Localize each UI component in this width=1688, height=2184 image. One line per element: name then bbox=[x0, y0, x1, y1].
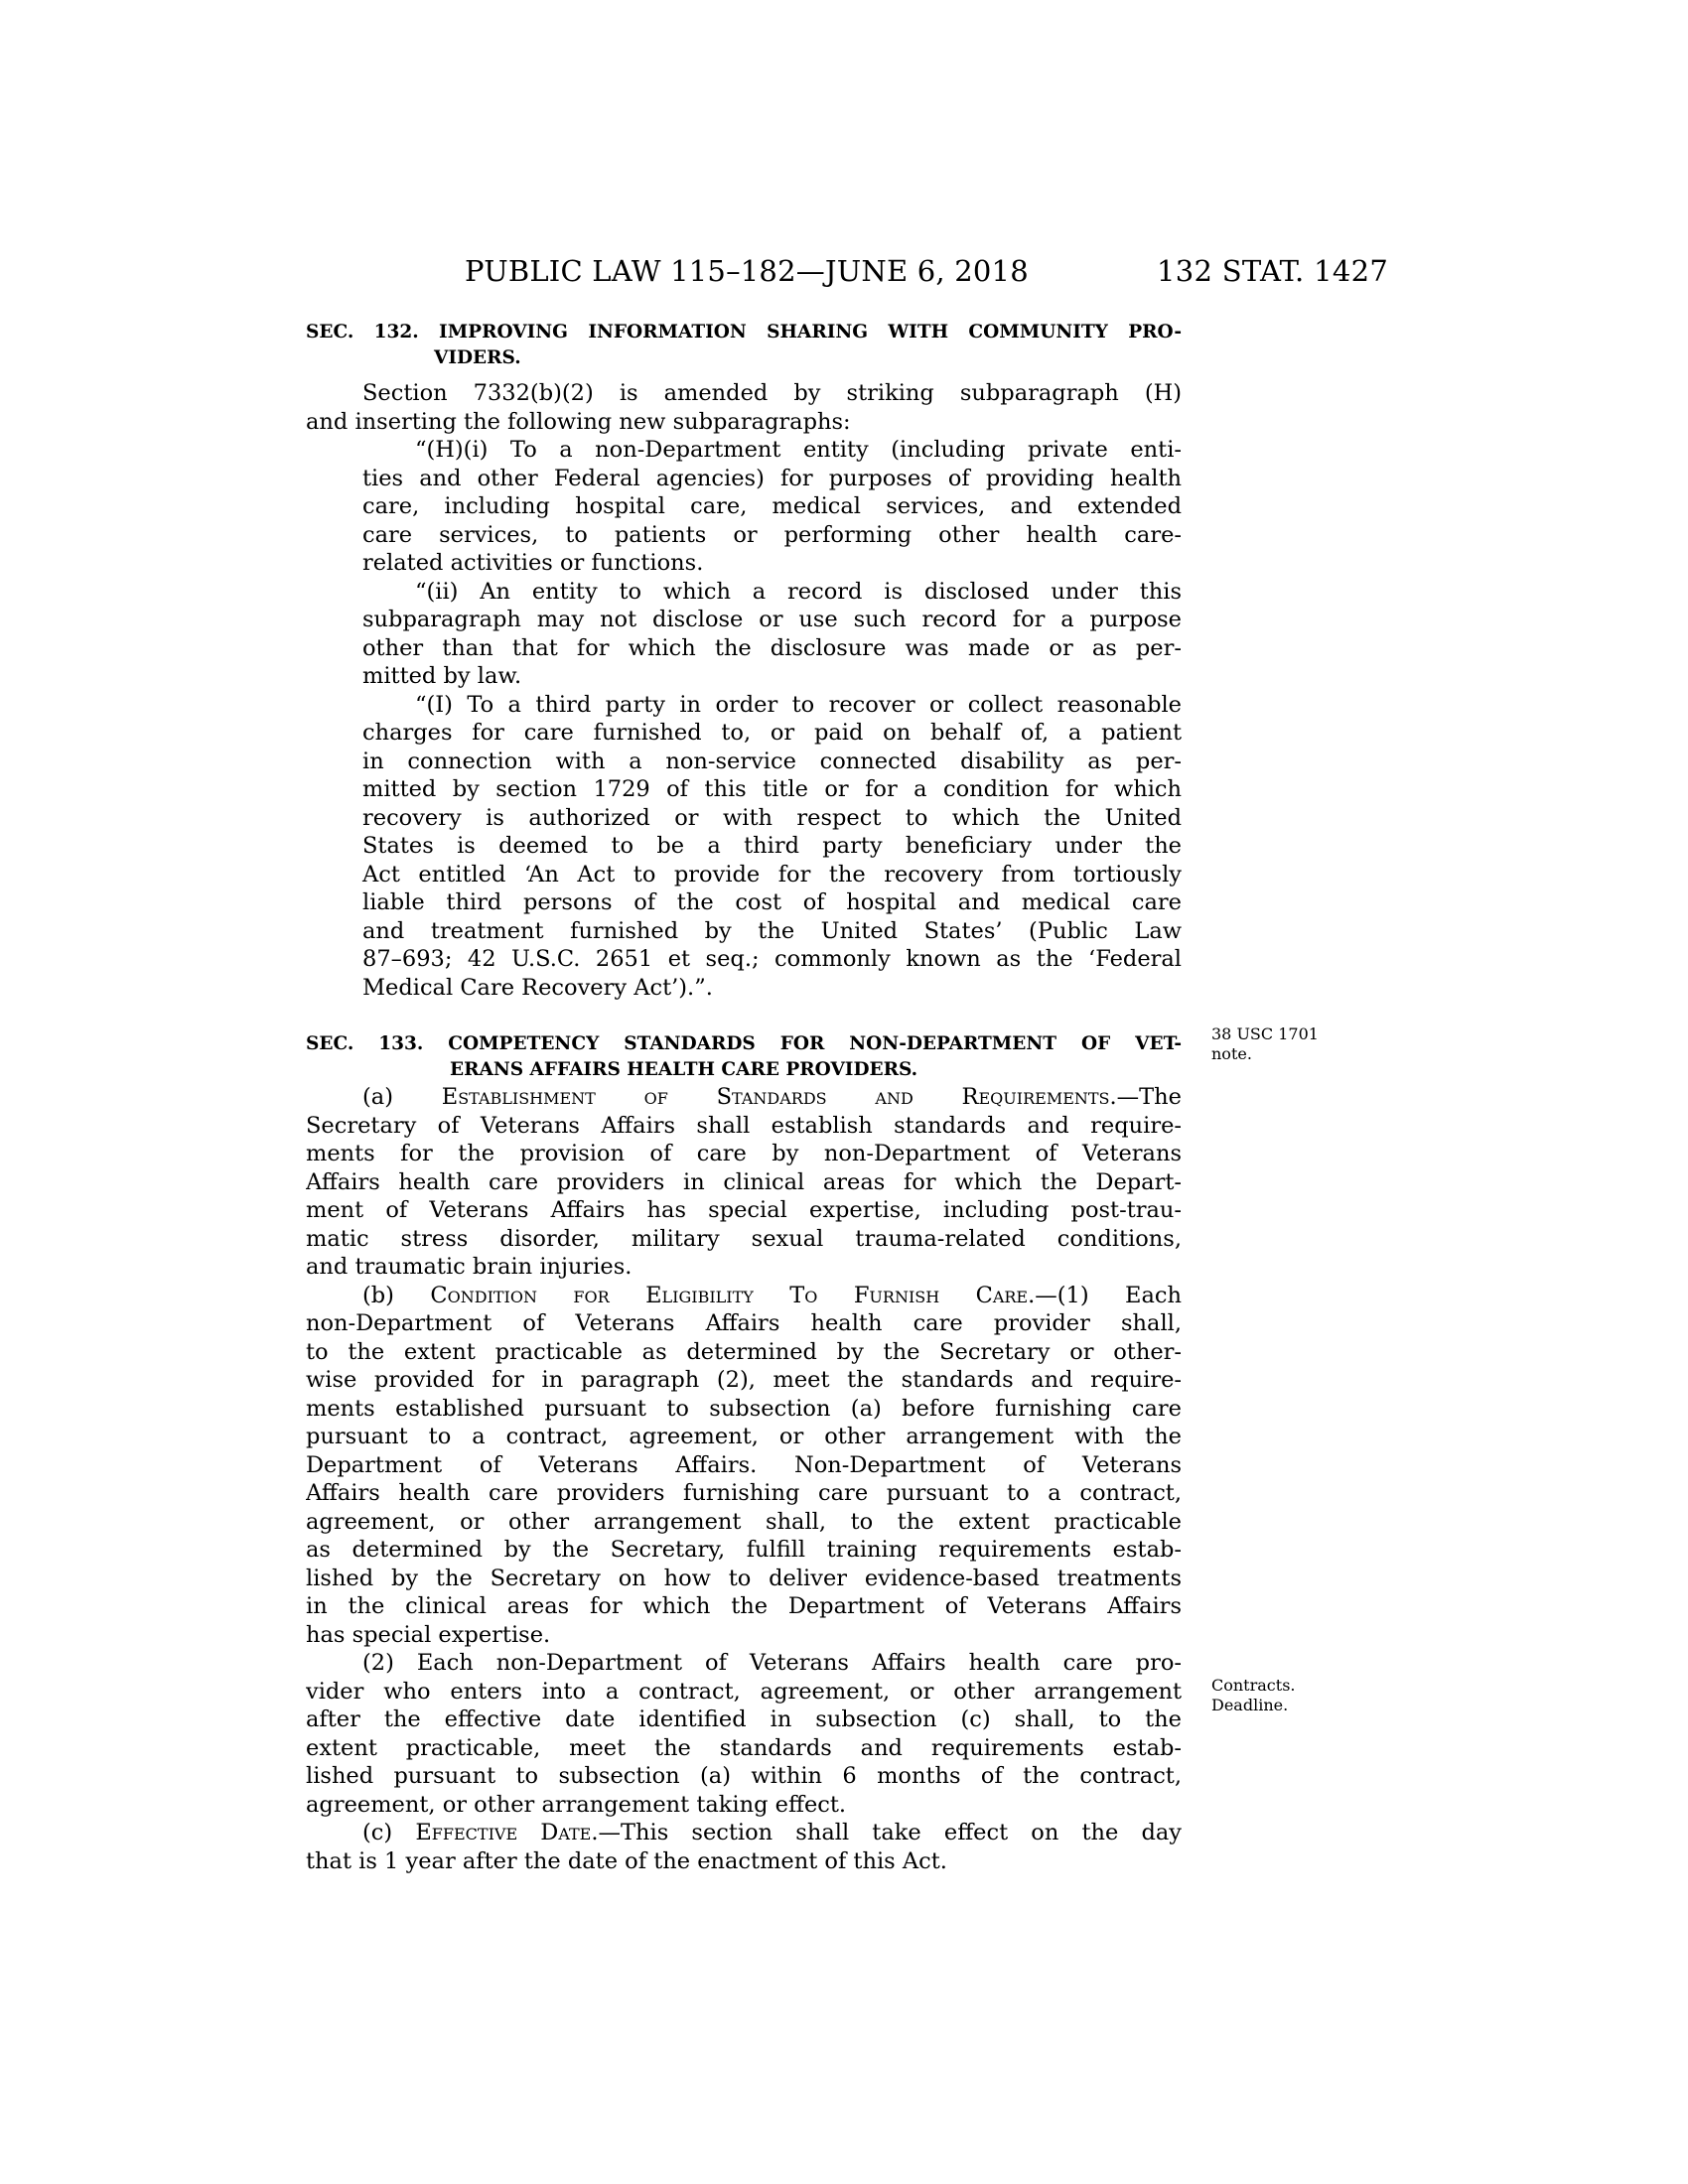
subsection-a-heading-line: (a) Establishment of Standards and Requi… bbox=[306, 1083, 1182, 1112]
body-line: Section 7332(b)(2) is amended by strikin… bbox=[306, 379, 1182, 408]
body-line: and inserting the following new subparag… bbox=[306, 408, 1182, 437]
body-line: (2) Each non-Department of Veterans Affa… bbox=[306, 1649, 1182, 1678]
body-line: lished pursuant to subsection (a) within… bbox=[306, 1762, 1182, 1791]
running-head: PUBLIC LAW 115–182—JUNE 6, 2018 132 STAT… bbox=[0, 254, 1688, 288]
section-heading-line: SEC. 133. COMPETENCY STANDARDS FOR NON-D… bbox=[306, 1031, 1182, 1057]
margin-note-line: 38 USC 1701 bbox=[1211, 1024, 1319, 1044]
body-line: ties and other Federal agencies) for pur… bbox=[306, 465, 1182, 493]
subsection-label: (a) bbox=[362, 1084, 393, 1110]
statute-page: PUBLIC LAW 115–182—JUNE 6, 2018 132 STAT… bbox=[0, 0, 1688, 2184]
body-line: to the extent practicable as determined … bbox=[306, 1338, 1182, 1367]
body-line: “(I) To a third party in order to recove… bbox=[306, 691, 1182, 720]
body-line: Affairs health care providers in clinica… bbox=[306, 1168, 1182, 1197]
body-line: extent practicable, meet the standards a… bbox=[306, 1734, 1182, 1763]
subsection-heading: Establishment of Standards and Requireme… bbox=[442, 1084, 1117, 1110]
body-line: “(H)(i) To a non-Department entity (incl… bbox=[306, 436, 1182, 465]
body-line: related activities or functions. bbox=[306, 549, 1182, 578]
body-line: that is 1 year after the date of the ena… bbox=[306, 1847, 1182, 1876]
body-line: ments for the provision of care by non-D… bbox=[306, 1140, 1182, 1168]
body-line: pursuant to a contract, agreement, or ot… bbox=[306, 1423, 1182, 1451]
body-line: has special expertise. bbox=[306, 1621, 1182, 1650]
body-line: charges for care furnished to, or paid o… bbox=[306, 719, 1182, 748]
subsection-label: (c) bbox=[362, 1820, 392, 1845]
subsection-label: (b) bbox=[362, 1283, 394, 1308]
page-folio: 132 STAT. 1427 bbox=[1157, 254, 1388, 288]
subsection-lead-text: —This section shall take effect on the d… bbox=[599, 1820, 1182, 1845]
subsection-lead-text: —The bbox=[1117, 1084, 1182, 1110]
section-heading-line: SEC. 132. IMPROVING INFORMATION SHARING … bbox=[306, 320, 1182, 345]
margin-note-line: Deadline. bbox=[1211, 1696, 1295, 1715]
body-line: Affairs health care providers furnishing… bbox=[306, 1479, 1182, 1508]
margin-note-usc-citation: 38 USC 1701 note. bbox=[1211, 1024, 1319, 1064]
body-line: 87–693; 42 U.S.C. 2651 et seq.; commonly… bbox=[306, 945, 1182, 974]
section-132-heading: SEC. 132. IMPROVING INFORMATION SHARING … bbox=[306, 320, 1182, 371]
body-line: Medical Care Recovery Act’).”. bbox=[306, 974, 1182, 1003]
body-line: and treatment furnished by the United St… bbox=[306, 917, 1182, 946]
margin-note-line: Contracts. bbox=[1211, 1676, 1295, 1696]
body-line: matic stress disorder, military sexual t… bbox=[306, 1225, 1182, 1254]
body-line: mitted by law. bbox=[306, 662, 1182, 691]
body-line: non-Department of Veterans Affairs healt… bbox=[306, 1309, 1182, 1338]
subsection-heading: Effective Date. bbox=[415, 1820, 598, 1845]
body-line: agreement, or other arrangement shall, t… bbox=[306, 1508, 1182, 1537]
body-line: as determined by the Secretary, fulfill … bbox=[306, 1536, 1182, 1565]
body-line: after the effective date identified in s… bbox=[306, 1706, 1182, 1734]
body-line: in connection with a non-service connect… bbox=[306, 748, 1182, 776]
body-line: agreement, or other arrangement taking e… bbox=[306, 1791, 1182, 1820]
section-133-heading: SEC. 133. COMPETENCY STANDARDS FOR NON-D… bbox=[306, 1031, 1182, 1083]
subsection-c-heading-line: (c) Effective Date.—This section shall t… bbox=[306, 1819, 1182, 1847]
section-133-body: (a) Establishment of Standards and Requi… bbox=[306, 1083, 1182, 1875]
body-line: liable third persons of the cost of hosp… bbox=[306, 888, 1182, 917]
body-line: in the clinical areas for which the Depa… bbox=[306, 1592, 1182, 1621]
subsection-lead-text: —(1) Each bbox=[1035, 1283, 1182, 1308]
margin-note-contracts-deadline: Contracts. Deadline. bbox=[1211, 1676, 1295, 1715]
body-line: wise provided for in paragraph (2), meet… bbox=[306, 1366, 1182, 1395]
body-line: States is deemed to be a third party ben… bbox=[306, 832, 1182, 861]
body-line: lished by the Secretary on how to delive… bbox=[306, 1565, 1182, 1593]
body-line: Secretary of Veterans Affairs shall esta… bbox=[306, 1112, 1182, 1141]
margin-note-line: note. bbox=[1211, 1044, 1319, 1064]
subsection-heading: Condition for Eligibility To Furnish Car… bbox=[430, 1283, 1035, 1308]
section-heading-line: VIDERS. bbox=[306, 345, 1182, 371]
body-line: and traumatic brain injuries. bbox=[306, 1253, 1182, 1282]
body-line: care, including hospital care, medical s… bbox=[306, 492, 1182, 521]
body-line: subparagraph may not disclose or use suc… bbox=[306, 606, 1182, 634]
body-line: other than that for which the disclosure… bbox=[306, 634, 1182, 663]
body-line: “(ii) An entity to which a record is dis… bbox=[306, 578, 1182, 607]
section-heading-line: ERANS AFFAIRS HEALTH CARE PROVIDERS. bbox=[306, 1057, 1182, 1083]
body-line: ments established pursuant to subsection… bbox=[306, 1395, 1182, 1424]
body-line: vider who enters into a contract, agreem… bbox=[306, 1678, 1182, 1706]
subsection-b-heading-line: (b) Condition for Eligibility To Furnish… bbox=[306, 1282, 1182, 1310]
body-line: Department of Veterans Affairs. Non-Depa… bbox=[306, 1451, 1182, 1480]
body-line: recovery is authorized or with respect t… bbox=[306, 804, 1182, 833]
body-line: ment of Veterans Affairs has special exp… bbox=[306, 1196, 1182, 1225]
body-line: mitted by section 1729 of this title or … bbox=[306, 775, 1182, 804]
body-line: care services, to patients or performing… bbox=[306, 521, 1182, 550]
running-head-title: PUBLIC LAW 115–182—JUNE 6, 2018 bbox=[465, 254, 1029, 288]
section-132-body: Section 7332(b)(2) is amended by strikin… bbox=[306, 379, 1182, 1002]
body-line: Act entitled ‘An Act to provide for the … bbox=[306, 861, 1182, 889]
